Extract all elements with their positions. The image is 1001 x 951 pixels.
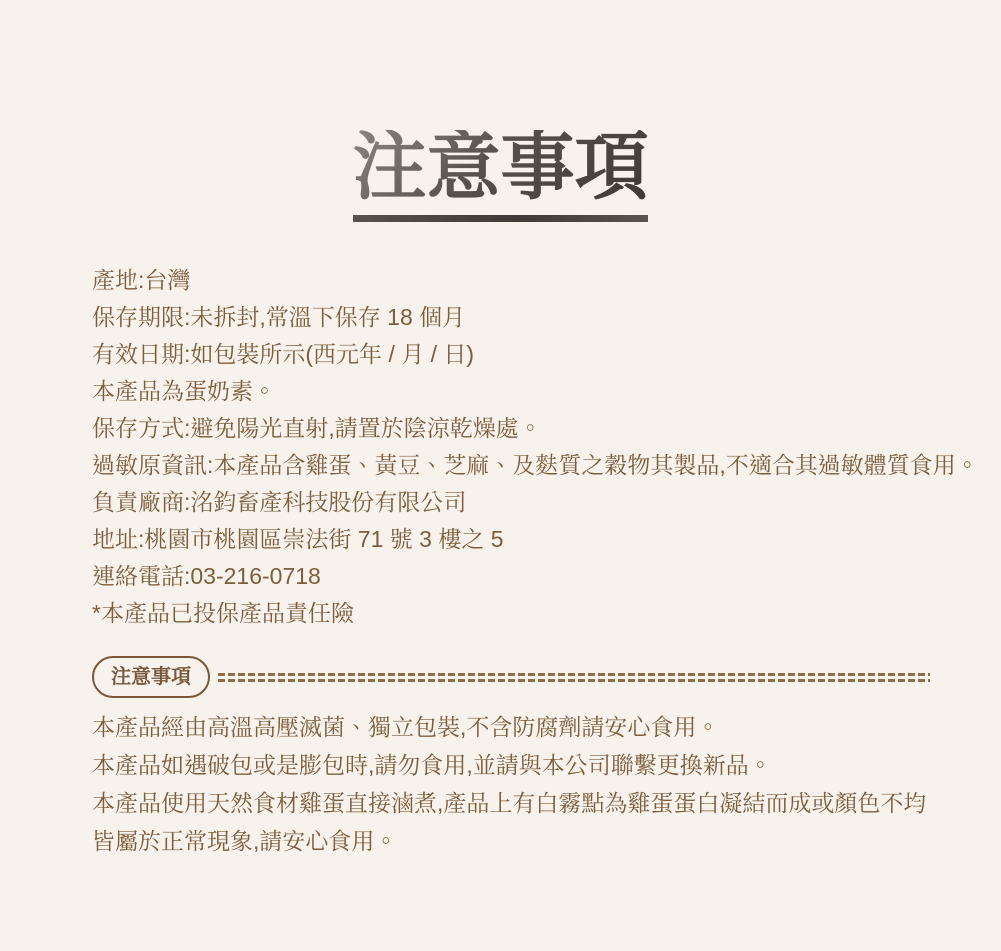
notice-badge: 注意事項 xyxy=(92,656,210,698)
page-header: 注意事項 xyxy=(0,0,1001,222)
note-natural-appearance: 本產品使用天然食材雞蛋直接滷煮,產品上有白霧點為雞蛋蛋白凝結而成或顏色不均皆屬於… xyxy=(92,784,935,860)
info-line-manufacturer: 負責廠商:洺鈞畜產科技股份有限公司 xyxy=(92,484,935,521)
notice-divider: 注意事項 xyxy=(92,656,930,698)
info-line-shelf-life: 保存期限:未拆封,常溫下保存 18 個月 xyxy=(92,299,935,336)
product-info-section: 產地:台灣 保存期限:未拆封,常溫下保存 18 個月 有效日期:如包裝所示(西元… xyxy=(92,262,935,632)
dashed-line xyxy=(218,673,930,682)
info-line-storage: 保存方式:避免陽光直射,請置於陰涼乾燥處。 xyxy=(92,410,935,447)
info-line-address: 地址:桃園市桃園區崇法街 71 號 3 樓之 5 xyxy=(92,521,935,558)
note-damaged-package: 本產品如遇破包或是膨包時,請勿食用,並請與本公司聯繫更換新品。 xyxy=(92,746,935,784)
title-underline xyxy=(353,215,648,222)
page-title: 注意事項 xyxy=(353,130,649,204)
info-line-expiry-date: 有效日期:如包裝所示(西元年 / 月 / 日) xyxy=(92,336,935,373)
info-line-insurance: *本產品已投保產品責任險 xyxy=(92,595,935,632)
note-sterilization: 本產品經由高溫高壓滅菌、獨立包裝,不含防腐劑請安心食用。 xyxy=(92,708,935,746)
info-line-origin: 產地:台灣 xyxy=(92,262,935,299)
notice-section: 本產品經由高溫高壓滅菌、獨立包裝,不含防腐劑請安心食用。 本產品如遇破包或是膨包… xyxy=(92,708,935,860)
info-line-phone: 連絡電話:03-216-0718 xyxy=(92,558,935,595)
product-notice-page: 注意事項 產地:台灣 保存期限:未拆封,常溫下保存 18 個月 有效日期:如包裝… xyxy=(0,0,1001,951)
info-line-allergen: 過敏原資訊:本產品含雞蛋、黃豆、芝麻、及麩質之穀物其製品,不適合其過敏體質食用。 xyxy=(92,447,935,484)
info-line-vegetarian: 本產品為蛋奶素。 xyxy=(92,373,935,410)
